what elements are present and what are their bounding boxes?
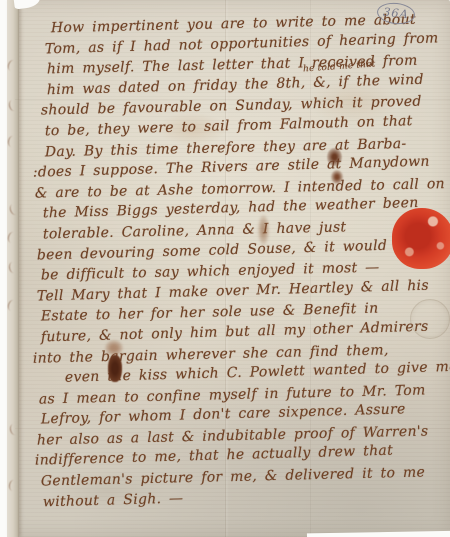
red-wax-seal	[392, 208, 450, 269]
letter-page: How impertinent you are to write to me a…	[7, 0, 450, 537]
letter-photo: How impertinent you are to write to me a…	[0, 0, 450, 537]
embossed-seal-impression	[410, 299, 450, 339]
paper-bottom-edge	[307, 531, 450, 537]
torn-edge-notch	[13, 0, 41, 10]
letter-lines: How impertinent you are to write to me a…	[21, 19, 450, 513]
